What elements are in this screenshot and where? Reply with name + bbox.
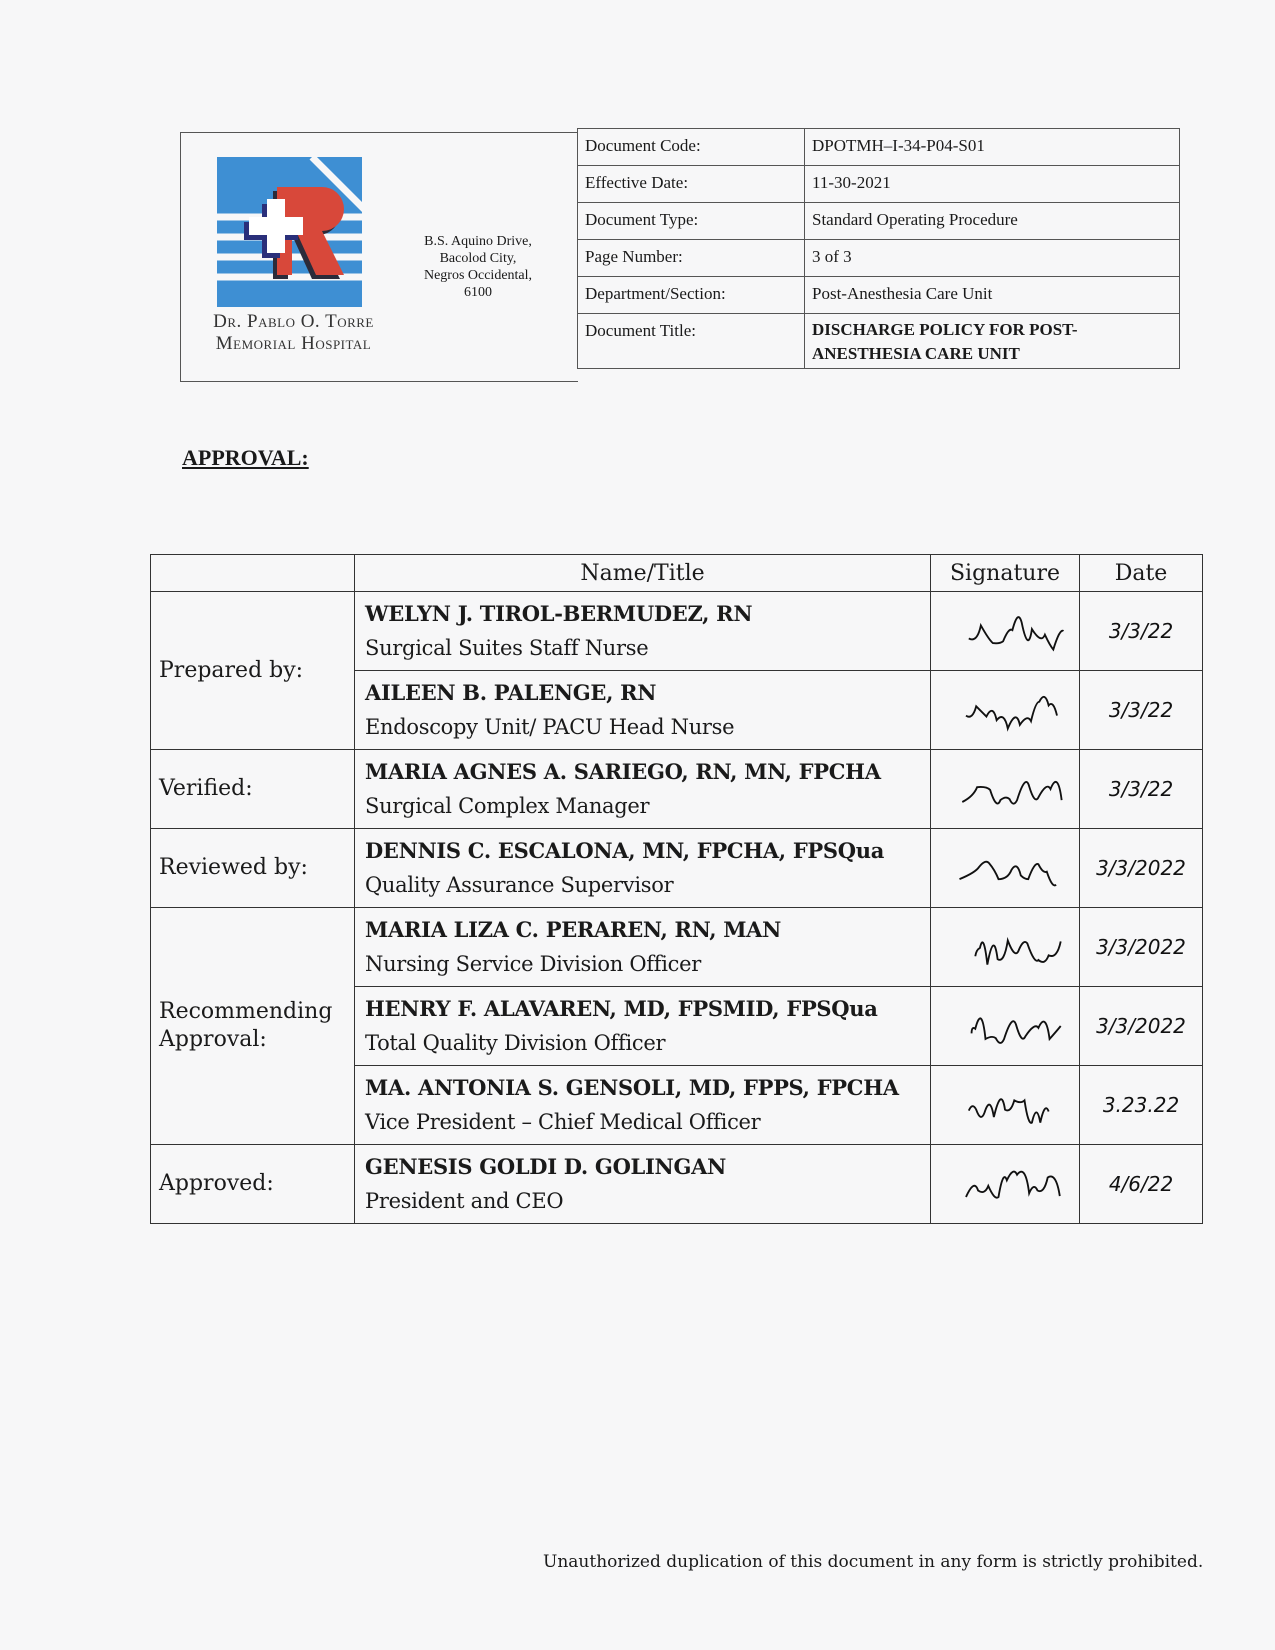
signature-date: 3.23.22 — [1080, 1066, 1203, 1145]
approver-name-title: GENESIS GOLDI D. GOLINGANPresident and C… — [355, 1145, 931, 1224]
approver-name-title: HENRY F. ALAVAREN, MD, FPSMID, FPSQuaTot… — [355, 987, 931, 1066]
approver-title: Endoscopy Unit/ PACU Head Nurse — [365, 710, 929, 744]
approval-row: Reviewed by:DENNIS C. ESCALONA, MN, FPCH… — [151, 829, 1203, 908]
approver-title: President and CEO — [365, 1184, 929, 1218]
meta-label: Document Type: — [578, 203, 805, 240]
approval-role: Prepared by: — [151, 592, 355, 750]
signature-icon — [940, 596, 1070, 666]
approval-table: Name/Title Signature Date Prepared by:WE… — [150, 554, 1203, 1224]
approval-row: Approved:GENESIS GOLDI D. GOLINGANPresid… — [151, 1145, 1203, 1224]
column-header-signature: Signature — [931, 555, 1080, 592]
approval-role: Approved: — [151, 1145, 355, 1224]
meta-label: Document Title: — [578, 314, 805, 369]
approver-name: AILEEN B. PALENGE, RN — [365, 676, 929, 710]
meta-value: DISCHARGE POLICY FOR POST-ANESTHESIA CAR… — [805, 314, 1180, 369]
signature-date: 3/3/2022 — [1080, 908, 1203, 987]
approver-name: GENESIS GOLDI D. GOLINGAN — [365, 1150, 929, 1184]
approver-name-title: MARIA LIZA C. PERAREN, RN, MANNursing Se… — [355, 908, 931, 987]
meta-value: DPOTMH–I-34-P04-S01 — [805, 129, 1180, 166]
signature-cell — [931, 908, 1080, 987]
approval-row: Recommending Approval:MARIA LIZA C. PERA… — [151, 908, 1203, 987]
approver-name: DENNIS C. ESCALONA, MN, FPCHA, FPSQua — [365, 834, 929, 868]
approver-name-title: MA. ANTONIA S. GENSOLI, MD, FPPS, FPCHAV… — [355, 1066, 931, 1145]
signature-date: 4/6/22 — [1080, 1145, 1203, 1224]
document-meta-table: Document Code:DPOTMH–I-34-P04-S01Effecti… — [577, 128, 1180, 369]
approval-role: Verified: — [151, 750, 355, 829]
signature-cell — [931, 671, 1080, 750]
meta-label: Effective Date: — [578, 166, 805, 203]
signature-date: 3/3/22 — [1080, 750, 1203, 829]
hospital-address: B.S. Aquino Drive, Bacolod City, Negros … — [403, 233, 553, 301]
signature-date: 3/3/2022 — [1080, 829, 1203, 908]
approver-name-title: AILEEN B. PALENGE, RNEndoscopy Unit/ PAC… — [355, 671, 931, 750]
approver-name-title: MARIA AGNES A. SARIEGO, RN, MN, FPCHASur… — [355, 750, 931, 829]
approver-title: Nursing Service Division Officer — [365, 947, 929, 981]
approver-name: MA. ANTONIA S. GENSOLI, MD, FPPS, FPCHA — [365, 1071, 929, 1105]
meta-value: Standard Operating Procedure — [805, 203, 1180, 240]
approver-name: HENRY F. ALAVAREN, MD, FPSMID, FPSQua — [365, 992, 929, 1026]
signature-cell — [931, 1145, 1080, 1224]
hospital-name: Dr. Pablo O. Torre Memorial Hospital — [181, 311, 406, 355]
signature-icon — [940, 833, 1070, 903]
hospital-logo-icon — [217, 157, 373, 313]
meta-value: 11-30-2021 — [805, 166, 1180, 203]
approver-name: MARIA LIZA C. PERAREN, RN, MAN — [365, 913, 929, 947]
approval-header-row: Name/Title Signature Date — [151, 555, 1203, 592]
footer-notice: Unauthorized duplication of this documen… — [543, 1552, 1203, 1572]
meta-value: 3 of 3 — [805, 240, 1180, 277]
signature-cell — [931, 1066, 1080, 1145]
meta-row: Effective Date:11-30-2021 — [578, 166, 1180, 203]
meta-row: Document Code:DPOTMH–I-34-P04-S01 — [578, 129, 1180, 166]
approver-title: Quality Assurance Supervisor — [365, 868, 929, 902]
column-header-name: Name/Title — [355, 555, 931, 592]
approver-name: WELYN J. TIROL-BERMUDEZ, RN — [365, 597, 929, 631]
approval-row: Verified:MARIA AGNES A. SARIEGO, RN, MN,… — [151, 750, 1203, 829]
approval-row: Prepared by:WELYN J. TIROL-BERMUDEZ, RNS… — [151, 592, 1203, 671]
signature-icon — [940, 1149, 1070, 1219]
approver-name: MARIA AGNES A. SARIEGO, RN, MN, FPCHA — [365, 755, 929, 789]
signature-icon — [940, 912, 1070, 982]
meta-row: Department/Section:Post-Anesthesia Care … — [578, 277, 1180, 314]
signature-icon — [940, 991, 1070, 1061]
signature-date: 3/3/22 — [1080, 592, 1203, 671]
section-title: APPROVAL: — [182, 445, 309, 471]
signature-icon — [940, 1070, 1070, 1140]
column-header-date: Date — [1080, 555, 1203, 592]
hospital-header: Dr. Pablo O. Torre Memorial Hospital B.S… — [180, 132, 578, 382]
approver-title: Surgical Complex Manager — [365, 789, 929, 823]
approval-role: Reviewed by: — [151, 829, 355, 908]
signature-icon — [940, 754, 1070, 824]
meta-row: Document Type:Standard Operating Procedu… — [578, 203, 1180, 240]
meta-row: Document Title:DISCHARGE POLICY FOR POST… — [578, 314, 1180, 369]
meta-row: Page Number:3 of 3 — [578, 240, 1180, 277]
approver-title: Total Quality Division Officer — [365, 1026, 929, 1060]
signature-cell — [931, 750, 1080, 829]
approver-name-title: DENNIS C. ESCALONA, MN, FPCHA, FPSQuaQua… — [355, 829, 931, 908]
signature-cell — [931, 829, 1080, 908]
approval-role: Recommending Approval: — [151, 908, 355, 1145]
meta-label: Page Number: — [578, 240, 805, 277]
meta-label: Document Code: — [578, 129, 805, 166]
column-header-role — [151, 555, 355, 592]
signature-date: 3/3/2022 — [1080, 987, 1203, 1066]
signature-icon — [940, 675, 1070, 745]
approver-title: Vice President – Chief Medical Officer — [365, 1105, 929, 1139]
signature-cell — [931, 592, 1080, 671]
meta-label: Department/Section: — [578, 277, 805, 314]
approver-title: Surgical Suites Staff Nurse — [365, 631, 929, 665]
signature-cell — [931, 987, 1080, 1066]
meta-value: Post-Anesthesia Care Unit — [805, 277, 1180, 314]
approver-name-title: WELYN J. TIROL-BERMUDEZ, RNSurgical Suit… — [355, 592, 931, 671]
signature-date: 3/3/22 — [1080, 671, 1203, 750]
